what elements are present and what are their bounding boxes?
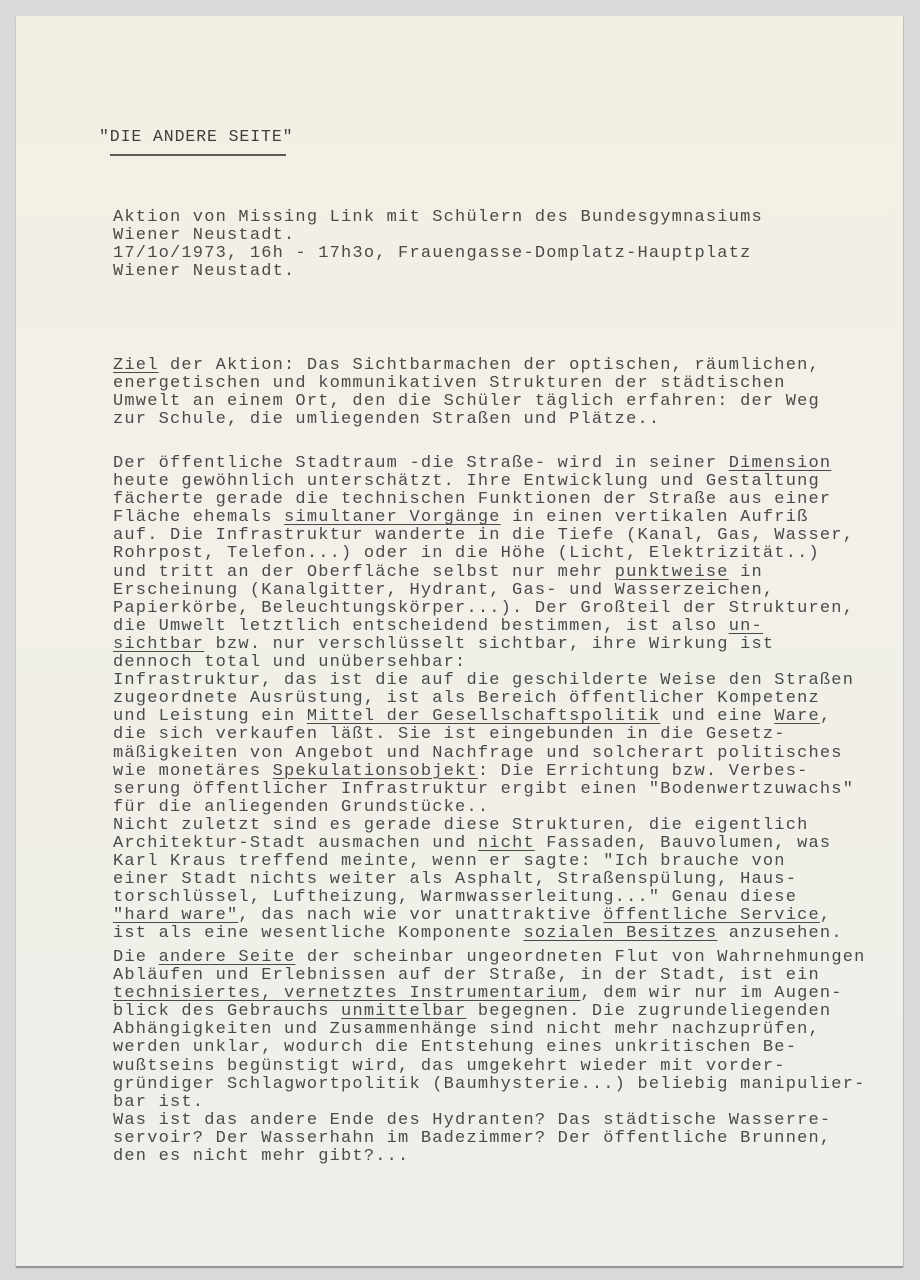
- text-segment: Papierkörbe, Beleuchtungskörper...). Der…: [113, 599, 854, 618]
- text-line: den es nicht mehr gibt?...: [113, 1148, 866, 1166]
- text-segment: Erscheinung (Kanalgitter, Hydrant, Gas- …: [113, 581, 774, 600]
- text-segment: Abläufen und Erlebnissen auf der Straße,…: [113, 966, 820, 985]
- text-line: Was ist das andere Ende des Hydranten? D…: [113, 1112, 866, 1130]
- text-segment: Aktion von Missing Link mit Schülern des…: [113, 208, 763, 227]
- text-line: heute gewöhnlich unterschätzt. Ihre Entw…: [113, 473, 854, 491]
- document-title: "DIE ANDERE SEITE": [99, 128, 293, 146]
- text-segment: Architektur-Stadt ausmachen und: [113, 834, 478, 853]
- text-line: servoir? Der Wasserhahn im Badezimmer? D…: [113, 1130, 866, 1148]
- text-line: fächerte gerade die technischen Funktion…: [113, 491, 854, 509]
- text-line: bar ist.: [113, 1094, 866, 1112]
- title-underline: [110, 154, 286, 156]
- text-line: Infrastruktur, das ist die auf die gesch…: [113, 672, 854, 690]
- text-line: Papierkörbe, Beleuchtungskörper...). Der…: [113, 600, 854, 618]
- text-line: gründiger Schlagwortpolitik (Baumhysteri…: [113, 1076, 866, 1094]
- text-segment: Die: [113, 948, 159, 967]
- text-segment: 17/1o/1973, 16h - 17h3o, Frauengasse-Dom…: [113, 244, 752, 263]
- text-segment: Fassaden, Bauvolumen, was: [535, 834, 831, 853]
- text-line: serung öffentlicher Infrastruktur ergibt…: [113, 781, 854, 799]
- text-segment: bzw. nur verschlüsselt sichtbar, ihre Wi…: [204, 635, 774, 654]
- text-segment: der Aktion: Das Sichtbarmachen der optis…: [159, 356, 820, 375]
- text-segment: wußtseins begünstigt wird, das umgekehrt…: [113, 1057, 786, 1076]
- text-segment: zur Schule, die umliegenden Straßen und …: [113, 410, 660, 429]
- text-line: zur Schule, die umliegenden Straßen und …: [113, 411, 820, 429]
- text-segment: anzusehen.: [717, 924, 842, 943]
- text-segment: gründiger Schlagwortpolitik (Baumhysteri…: [113, 1075, 866, 1094]
- text-segment: mäßigkeiten von Angebot und Nachfrage un…: [113, 744, 843, 763]
- text-line: die sich verkaufen läßt. Sie ist eingebu…: [113, 726, 854, 744]
- text-segment: wie monetäres: [113, 762, 273, 781]
- paragraph-ziel: Ziel der Aktion: Das Sichtbarmachen der …: [113, 357, 820, 429]
- text-line: die Umwelt letztlich entscheidend bestim…: [113, 618, 854, 636]
- paragraph-stadtraum: Der öffentliche Stadtraum -die Straße- w…: [113, 455, 854, 944]
- text-line: wußtseins begünstigt wird, das umgekehrt…: [113, 1058, 866, 1076]
- text-segment: die sich verkaufen läßt. Sie ist eingebu…: [113, 725, 786, 744]
- text-segment: Rohrpost, Telefon...) oder in die Höhe (…: [113, 544, 820, 563]
- text-line: Die andere Seite der scheinbar ungeordne…: [113, 949, 866, 967]
- text-line: und tritt an der Oberfläche selbst nur m…: [113, 564, 854, 582]
- text-segment: serung öffentlicher Infrastruktur ergibt…: [113, 780, 854, 799]
- text-line: sichtbar bzw. nur verschlüsselt sichtbar…: [113, 636, 854, 654]
- underlined-phrase: Dimension: [729, 454, 832, 473]
- text-segment: werden unklar, wodurch die Entstehung ei…: [113, 1038, 797, 1057]
- underlined-phrase: unmittelbar: [341, 1002, 466, 1021]
- text-line: zugeordnete Ausrüstung, ist als Bereich …: [113, 690, 854, 708]
- underlined-phrase: Spekulationsobjekt: [273, 762, 478, 781]
- text-segment: Infrastruktur, das ist die auf die gesch…: [113, 671, 854, 690]
- text-segment: in: [729, 563, 763, 582]
- text-line: Ziel der Aktion: Das Sichtbarmachen der …: [113, 357, 820, 375]
- text-line: "hard ware", das nach wie vor unattrakti…: [113, 907, 854, 925]
- text-line: 17/1o/1973, 16h - 17h3o, Frauengasse-Dom…: [113, 245, 763, 263]
- text-segment: torschlüssel, Luftheizung, Warmwasserlei…: [113, 888, 797, 907]
- text-line: auf. Die Infrastruktur wanderte in die T…: [113, 527, 854, 545]
- text-segment: Was ist das andere Ende des Hydranten? D…: [113, 1111, 831, 1130]
- text-segment: Wiener Neustadt.: [113, 226, 295, 245]
- text-line: Der öffentliche Stadtraum -die Straße- w…: [113, 455, 854, 473]
- text-segment: Der öffentliche Stadtraum -die Straße- w…: [113, 454, 729, 473]
- text-line: und Leistung ein Mittel der Gesellschaft…: [113, 708, 854, 726]
- text-segment: Wiener Neustadt.: [113, 262, 295, 281]
- text-segment: blick des Gebrauchs: [113, 1002, 341, 1021]
- underlined-phrase: Mittel der Gesellschaftspolitik: [307, 707, 660, 726]
- text-line: Architektur-Stadt ausmachen und nicht Fa…: [113, 835, 854, 853]
- text-line: werden unklar, wodurch die Entstehung ei…: [113, 1039, 866, 1057]
- text-line: Nicht zuletzt sind es gerade diese Struk…: [113, 817, 854, 835]
- text-segment: Karl Kraus treffend meinte, wenn er sagt…: [113, 852, 786, 871]
- text-segment: für die anliegenden Grundstücke..: [113, 798, 489, 817]
- text-segment: energetischen und kommunikativen Struktu…: [113, 374, 786, 393]
- text-segment: und eine: [660, 707, 774, 726]
- underlined-phrase: technisiertes, vernetztes Instrumentariu…: [113, 984, 580, 1003]
- text-segment: den es nicht mehr gibt?...: [113, 1147, 409, 1166]
- text-segment: der scheinbar ungeordneten Flut von Wahr…: [295, 948, 865, 967]
- text-line: Aktion von Missing Link mit Schülern des…: [113, 209, 763, 227]
- text-line: Rohrpost, Telefon...) oder in die Höhe (…: [113, 545, 854, 563]
- underlined-phrase: andere Seite: [159, 948, 296, 967]
- underlined-phrase: sichtbar: [113, 635, 204, 654]
- text-line: wie monetäres Spekulationsobjekt: Die Er…: [113, 763, 854, 781]
- text-line: Wiener Neustadt.: [113, 227, 763, 245]
- text-segment: heute gewöhnlich unterschätzt. Ihre Entw…: [113, 472, 820, 491]
- event-info-block: Aktion von Missing Link mit Schülern des…: [113, 209, 763, 281]
- text-line: technisiertes, vernetztes Instrumentariu…: [113, 985, 866, 1003]
- text-segment: servoir? Der Wasserhahn im Badezimmer? D…: [113, 1129, 831, 1148]
- text-line: Abläufen und Erlebnissen auf der Straße,…: [113, 967, 866, 985]
- text-line: Abhängigkeiten und Zusammenhänge sind ni…: [113, 1021, 866, 1039]
- underlined-phrase: nicht: [478, 834, 535, 853]
- underlined-phrase: un-: [729, 617, 763, 636]
- underlined-phrase: sozialen Besitzes: [523, 924, 717, 943]
- text-line: blick des Gebrauchs unmittelbar begegnen…: [113, 1003, 866, 1021]
- text-segment: Nicht zuletzt sind es gerade diese Struk…: [113, 816, 809, 835]
- text-segment: , das nach wie vor unattraktive: [238, 906, 603, 925]
- text-segment: ,: [820, 906, 831, 925]
- text-line: mäßigkeiten von Angebot und Nachfrage un…: [113, 745, 854, 763]
- text-line: für die anliegenden Grundstücke..: [113, 799, 854, 817]
- text-segment: die Umwelt letztlich entscheidend bestim…: [113, 617, 729, 636]
- text-segment: : Die Errichtung bzw. Verbes-: [478, 762, 809, 781]
- text-line: torschlüssel, Luftheizung, Warmwasserlei…: [113, 889, 854, 907]
- underlined-phrase: "hard ware": [113, 906, 238, 925]
- underlined-phrase: öffentliche Service: [603, 906, 820, 925]
- text-line: Umwelt an einem Ort, den die Schüler täg…: [113, 393, 820, 411]
- text-segment: einer Stadt nichts weiter als Asphalt, S…: [113, 870, 797, 889]
- text-segment: Abhängigkeiten und Zusammenhänge sind ni…: [113, 1020, 820, 1039]
- text-segment: und tritt an der Oberfläche selbst nur m…: [113, 563, 615, 582]
- text-line: ist als eine wesentliche Komponente sozi…: [113, 925, 854, 943]
- underlined-phrase: simultaner Vorgänge: [284, 508, 501, 527]
- text-segment: zugeordnete Ausrüstung, ist als Bereich …: [113, 689, 820, 708]
- underlined-phrase: Ware: [774, 707, 820, 726]
- text-line: Karl Kraus treffend meinte, wenn er sagt…: [113, 853, 854, 871]
- text-line: Erscheinung (Kanalgitter, Hydrant, Gas- …: [113, 582, 854, 600]
- text-segment: ist als eine wesentliche Komponente: [113, 924, 523, 943]
- text-segment: bar ist.: [113, 1093, 204, 1112]
- text-segment: in einen vertikalen Aufriß: [501, 508, 809, 527]
- text-segment: auf. Die Infrastruktur wanderte in die T…: [113, 526, 854, 545]
- text-segment: Umwelt an einem Ort, den die Schüler täg…: [113, 392, 820, 411]
- text-segment: fächerte gerade die technischen Funktion…: [113, 490, 831, 509]
- text-segment: Fläche ehemals: [113, 508, 284, 527]
- underlined-phrase: Ziel: [113, 356, 159, 375]
- text-segment: dennoch total und unübersehbar:: [113, 653, 466, 672]
- text-line: energetischen und kommunikativen Struktu…: [113, 375, 820, 393]
- text-segment: begegnen. Die zugrundeliegenden: [466, 1002, 831, 1021]
- underlined-phrase: punktweise: [615, 563, 729, 582]
- text-line: Wiener Neustadt.: [113, 263, 763, 281]
- paragraph-andere-seite: Die andere Seite der scheinbar ungeordne…: [113, 949, 866, 1166]
- text-line: dennoch total und unübersehbar:: [113, 654, 854, 672]
- text-segment: ,: [820, 707, 831, 726]
- text-segment: , dem wir nur im Augen-: [580, 984, 842, 1003]
- text-line: Fläche ehemals simultaner Vorgänge in ei…: [113, 509, 854, 527]
- text-segment: und Leistung ein: [113, 707, 307, 726]
- text-line: einer Stadt nichts weiter als Asphalt, S…: [113, 871, 854, 889]
